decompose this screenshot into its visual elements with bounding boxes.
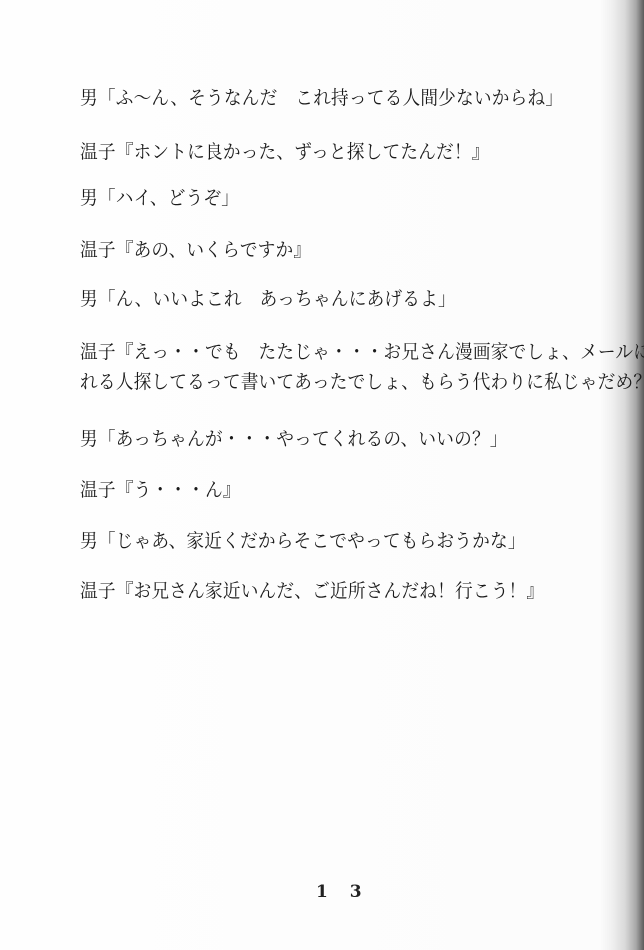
page-number: 1 3 <box>316 882 370 902</box>
dialogue-line: 男「じゃあ、家近くだからそこでやってもらおうかな」 <box>80 529 526 553</box>
book-page: 男「ふ～ん、そうなんだ これ持ってる人間少ないからね」 温子『ホントに良かった、… <box>0 0 644 950</box>
dialogue-line: 男「あっちゃんが・・・やってくれるの、いいの？」 <box>80 427 508 451</box>
dialogue-line-continued: れる人探してるって書いてあったでしょ、もらう代わりに私じゃだめ？』 <box>80 370 644 394</box>
dialogue-line: 男「ん、いいよこれ あっちゃんにあげるよ」 <box>80 287 456 311</box>
dialogue-line: 温子『ホントに良かった、ずっと探してたんだ！』 <box>80 140 490 164</box>
dialogue-line: 温子『お兄さん家近いんだ、ご近所さんだね！行こう！』 <box>80 579 544 603</box>
dialogue-line: 男「ふ～ん、そうなんだ これ持ってる人間少ないからね」 <box>80 86 563 110</box>
dialogue-line: 男「ハイ、どうぞ」 <box>80 186 239 210</box>
dialogue-line: 温子『う・・・ん』 <box>80 478 241 502</box>
dialogue-line: 温子『えっ・・でも たたじゃ・・・お兄さん漫画家でしょ、メールにモデルになってく <box>80 340 644 364</box>
dialogue-line: 温子『あの、いくらですか』 <box>80 238 311 262</box>
